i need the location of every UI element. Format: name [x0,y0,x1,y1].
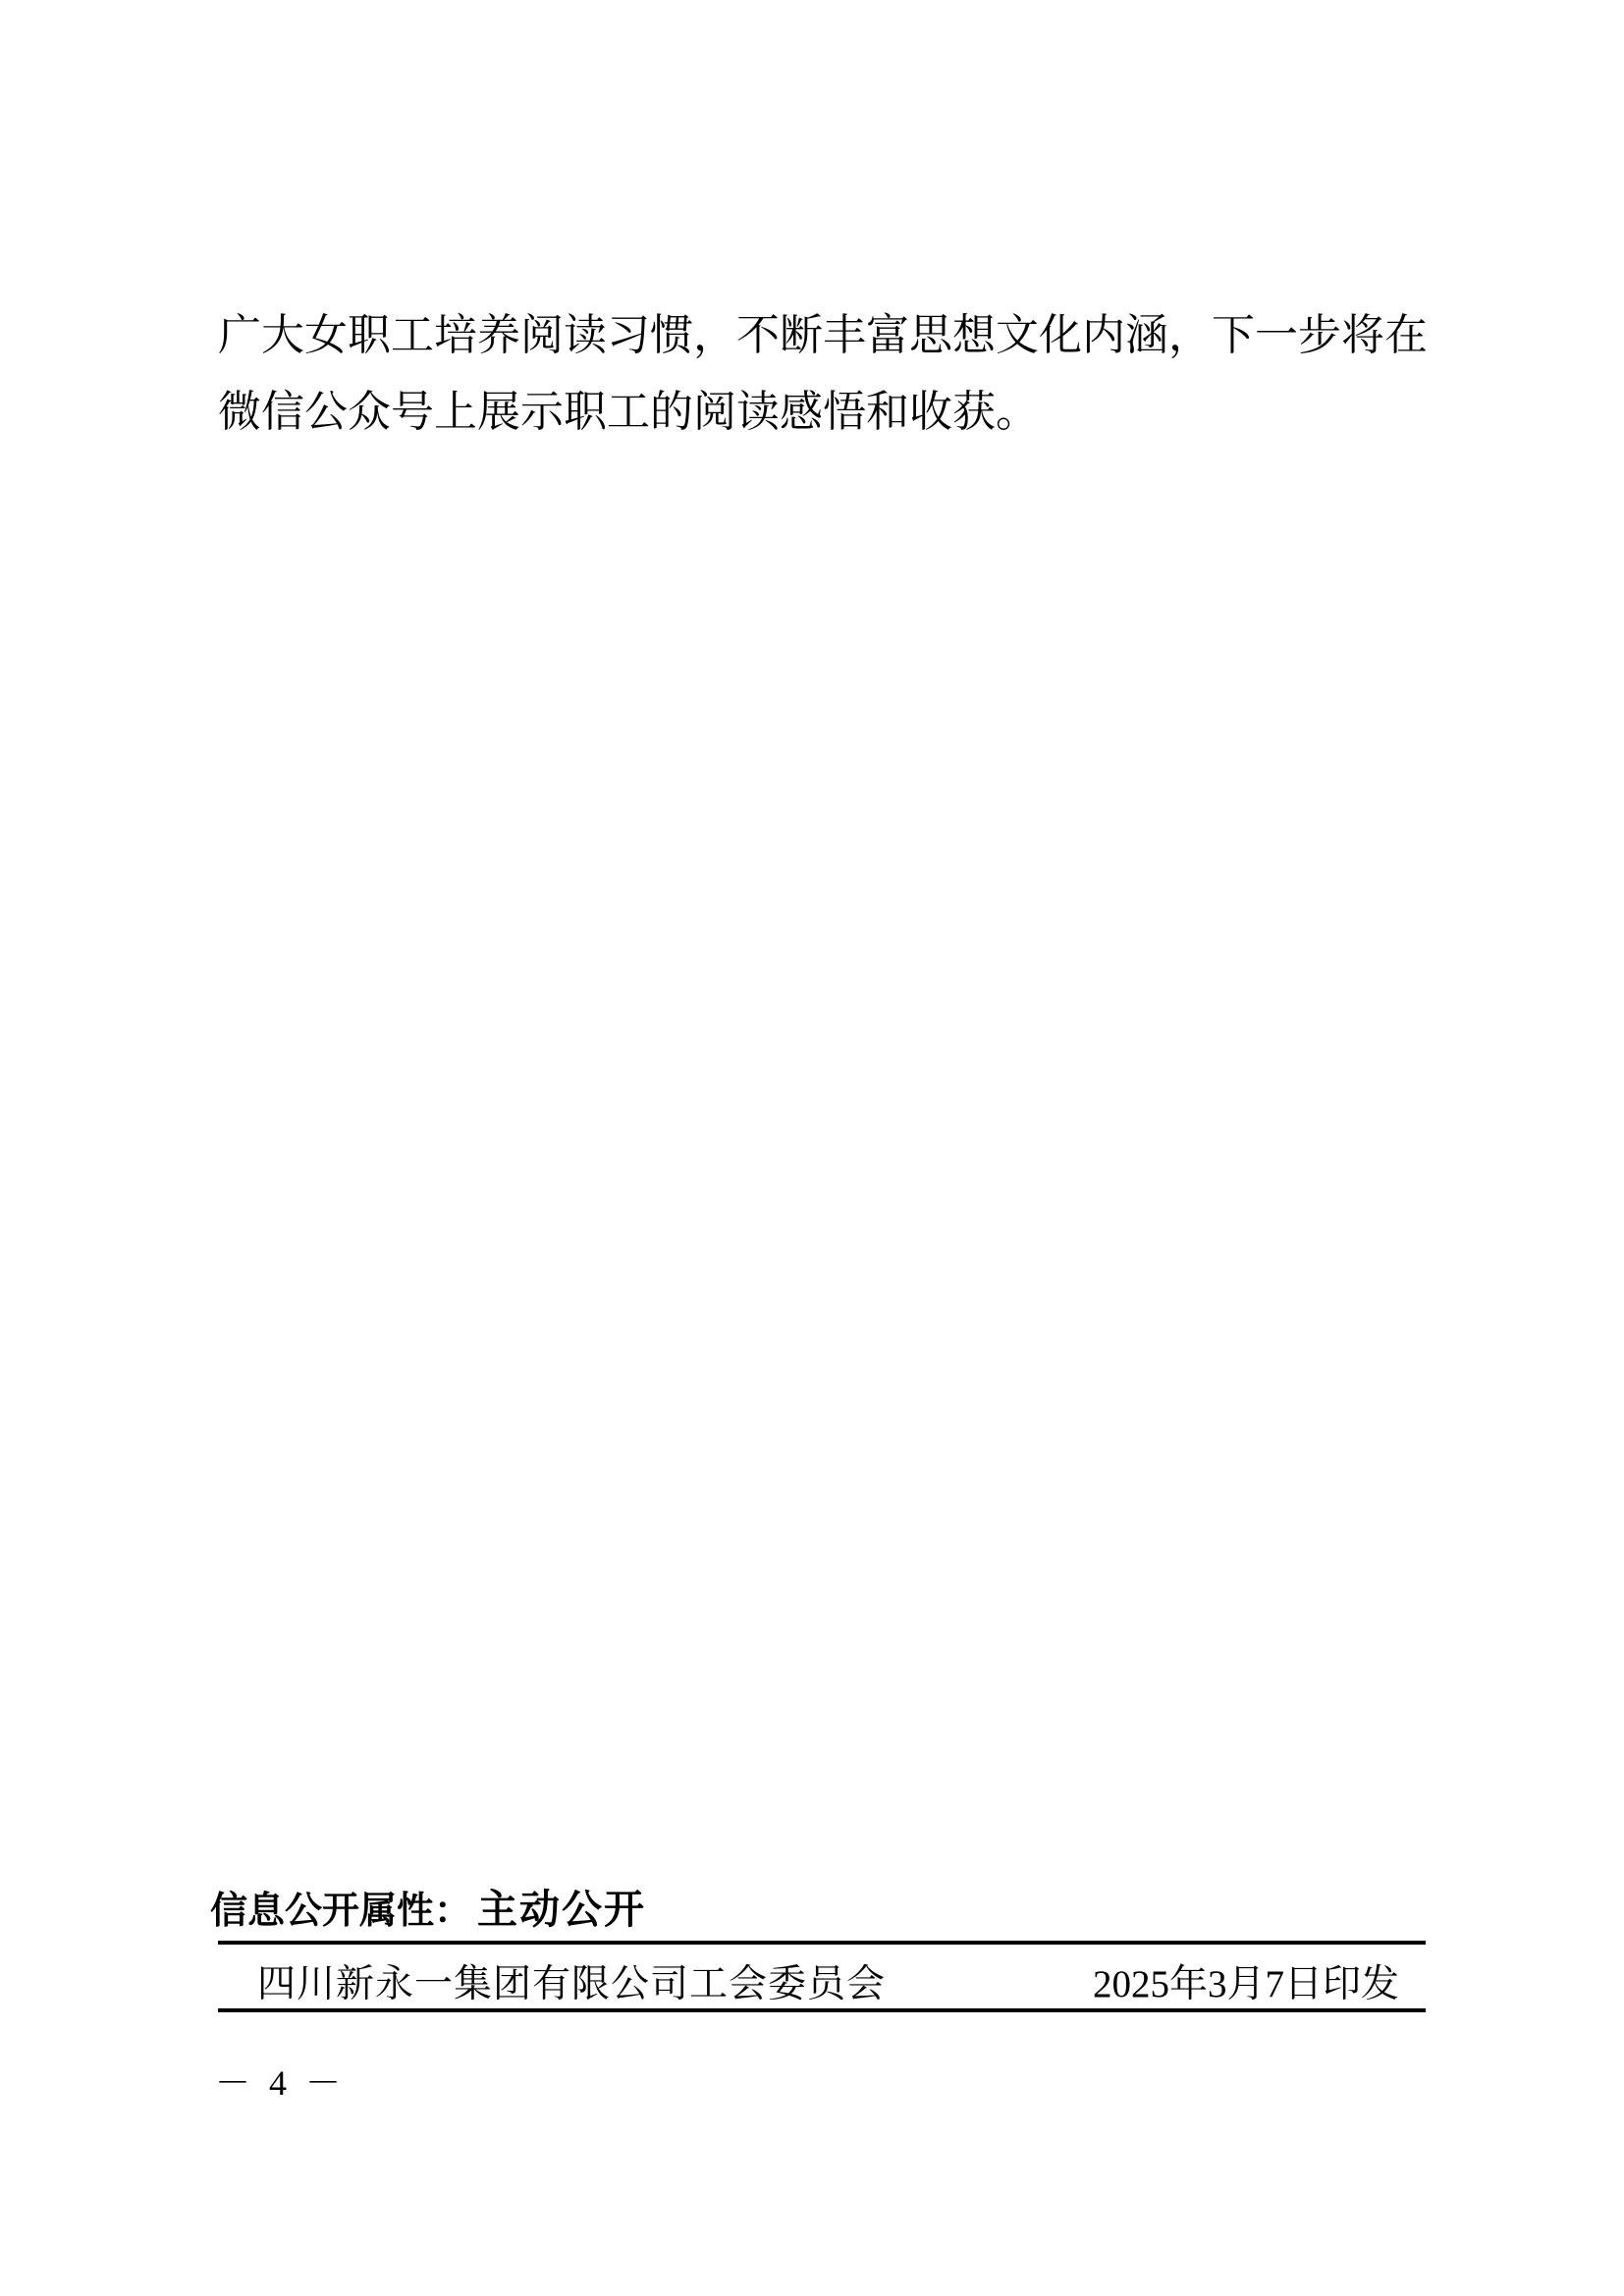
footer-rule-bottom [218,2008,1426,2012]
issuer-name: 四川新永一集团有限公司工会委员会 [218,1953,886,2008]
document-page: 广大女职工培养阅读习惯，不断丰富思想文化内涵，下一步将在 微信公众号上展示职工的… [0,0,1624,2296]
footer-rule-top [218,1941,1426,1945]
issue-date: 2025年3月7日印发 [1093,1953,1426,2008]
disclosure-line: 信息公开属性： 主动公开 [210,1877,646,1924]
body-paragraph: 广大女职工培养阅读习惯，不断丰富思想文化内涵，下一步将在 微信公众号上展示职工的… [218,297,1428,451]
issuer-row: 四川新永一集团有限公司工会委员会 2025年3月7日印发 [218,1956,1426,2005]
disclosure-value: 主动公开 [477,1877,646,1935]
disclosure-label: 信息公开属性： [210,1880,471,1934]
page-number: － 4 － [215,2056,346,2106]
body-paragraph-line-1: 广大女职工培养阅读习惯，不断丰富思想文化内涵，下一步将在 [218,297,1428,374]
body-paragraph-line-2: 微信公众号上展示职工的阅读感悟和收获。 [218,374,1428,451]
